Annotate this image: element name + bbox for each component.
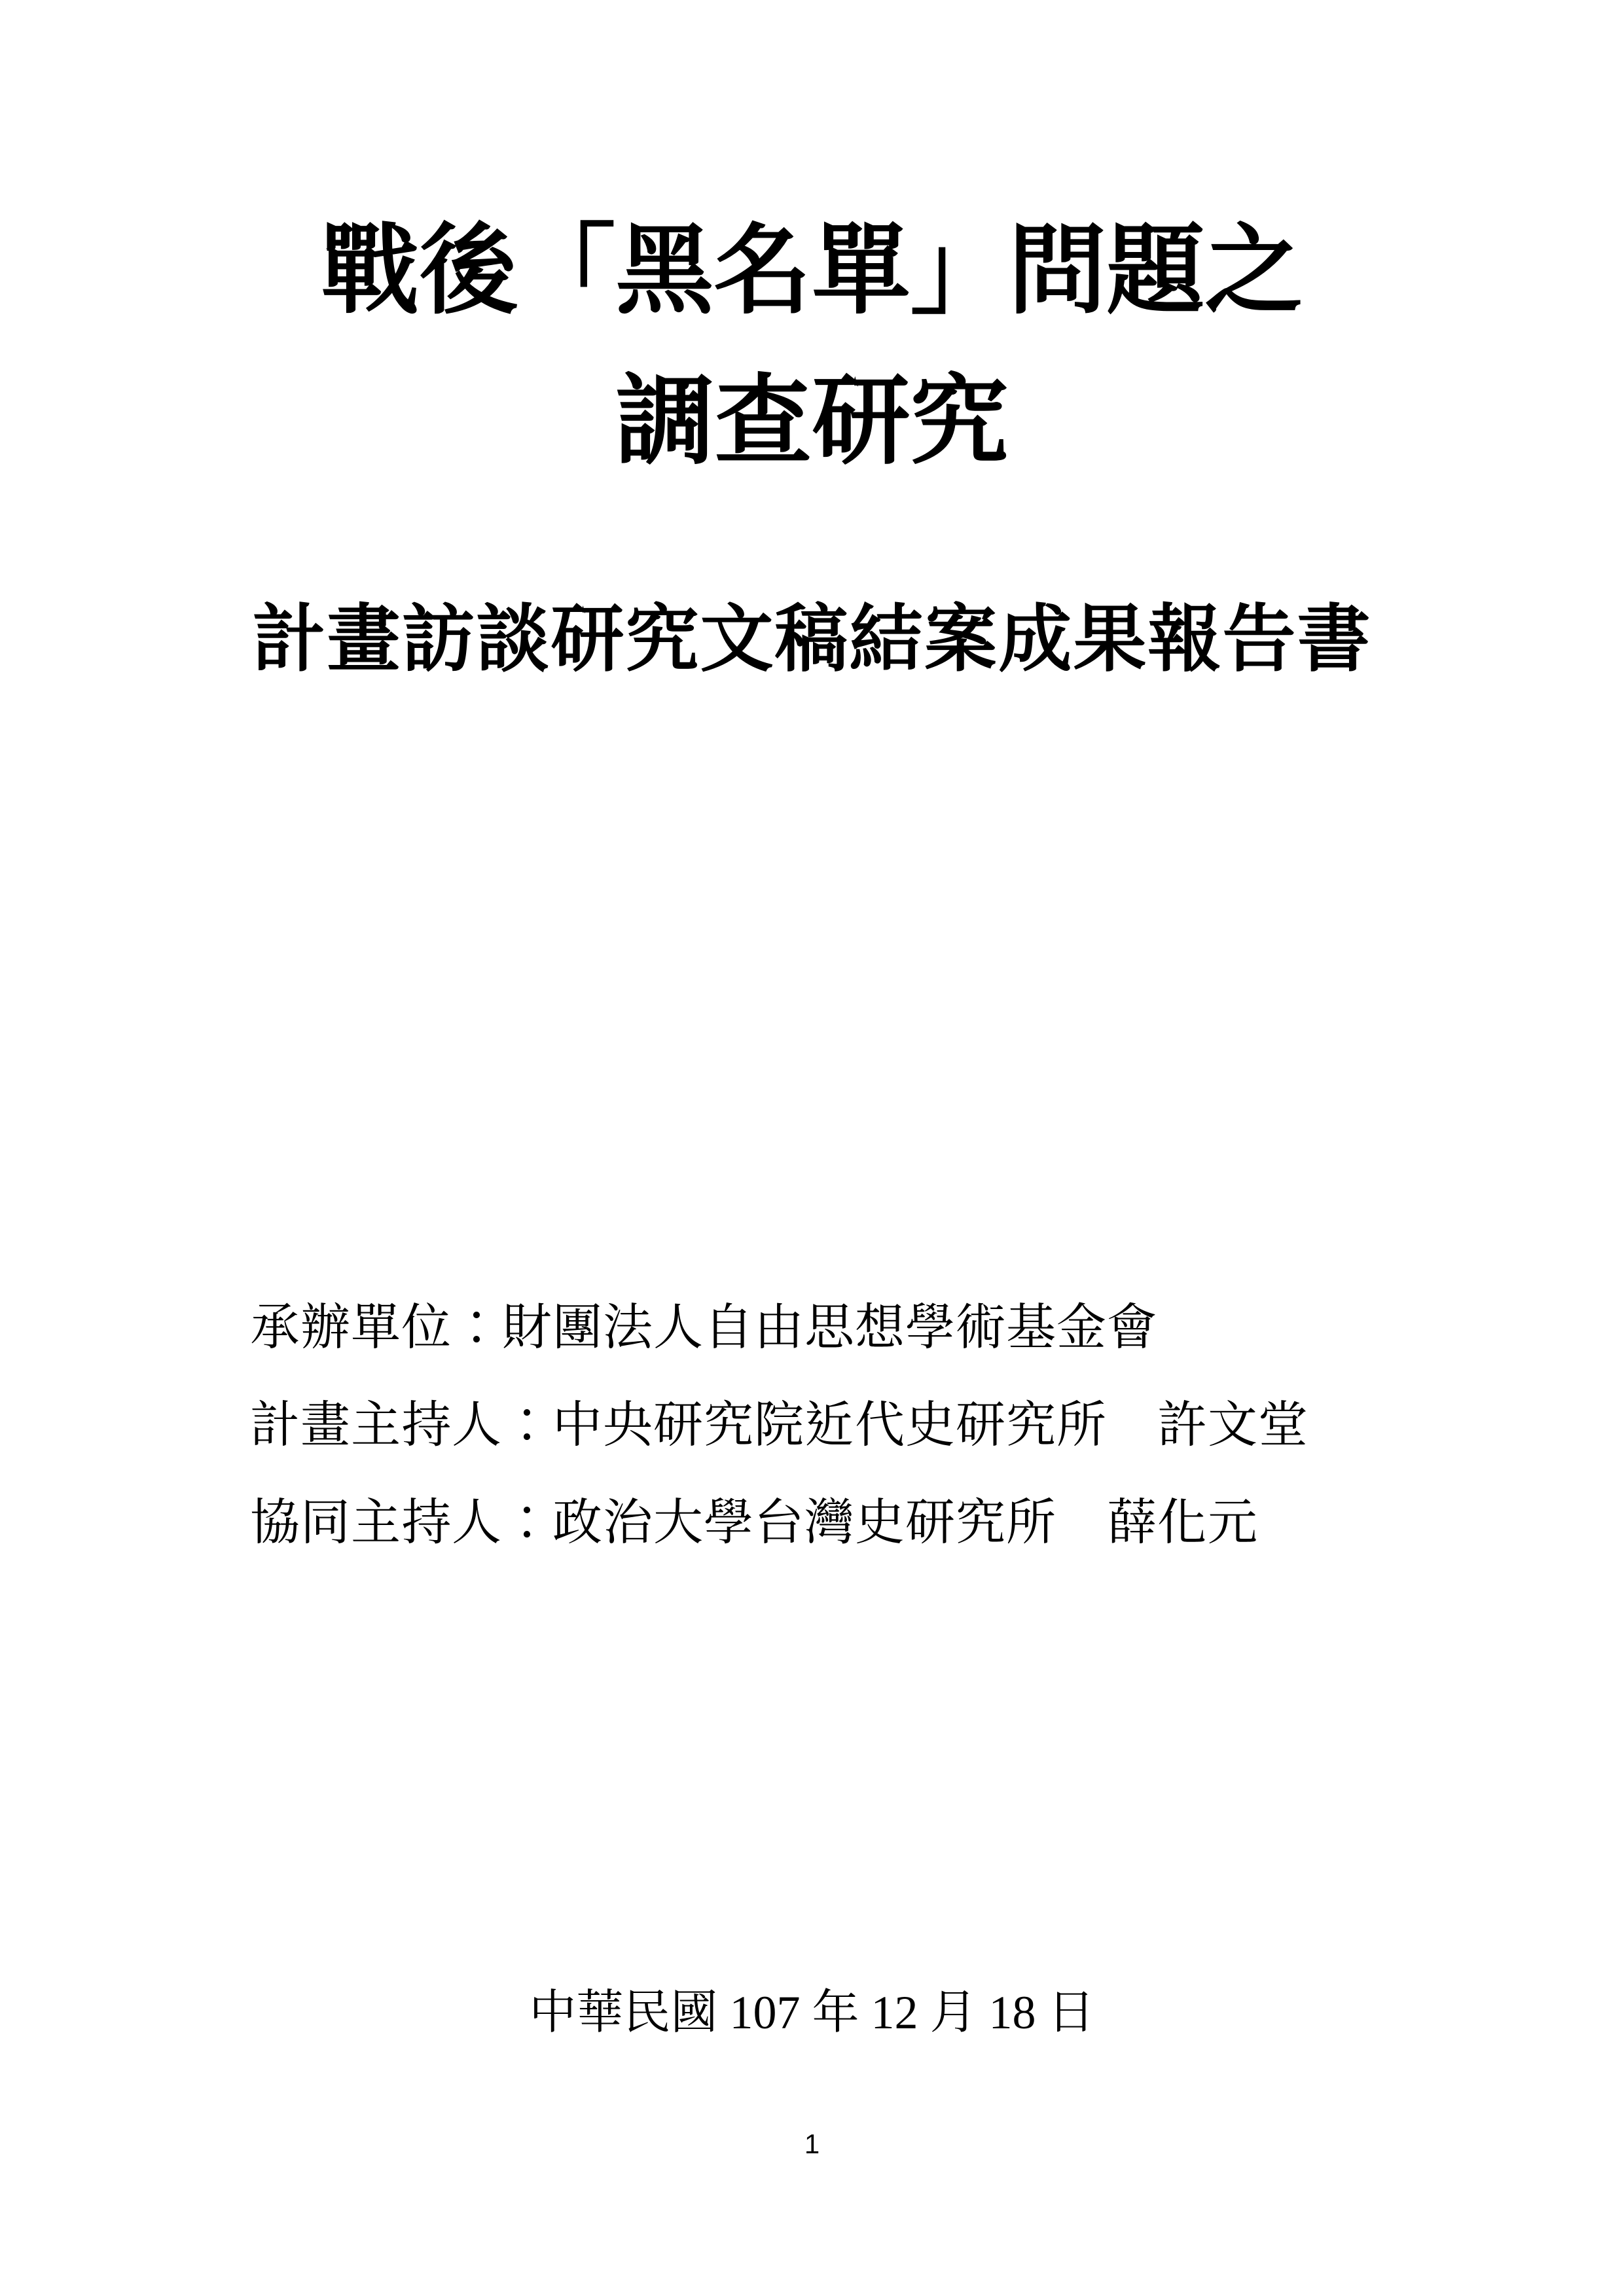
document-page: 戰後「黑名單」問題之 調查研究 計畫訪談研究文稿結案成果報告書 承辦單位：財團法… <box>0 0 1624 2296</box>
credits-block: 承辦單位：財團法人自由思想學術基金會 計畫主持人：中央研究院近代史研究所 許文堂… <box>250 1280 1308 1572</box>
credit-line-co-investigator: 協同主持人：政治大學台灣史研究所 薛化元 <box>250 1475 1308 1572</box>
credit-line-organizer: 承辦單位：財團法人自由思想學術基金會 <box>250 1280 1308 1377</box>
report-date: 中華民國 107 年 12 月 18 日 <box>0 1970 1624 2055</box>
page-number: 1 <box>0 2125 1624 2164</box>
report-subtitle: 計畫訪談研究文稿結案成果報告書 <box>0 576 1624 704</box>
report-title-line-2: 調查研究 <box>0 347 1624 497</box>
credit-line-principal-investigator: 計畫主持人：中央研究院近代史研究所 許文堂 <box>250 1377 1308 1475</box>
report-title-line-1: 戰後「黑名單」問題之 <box>0 196 1624 347</box>
